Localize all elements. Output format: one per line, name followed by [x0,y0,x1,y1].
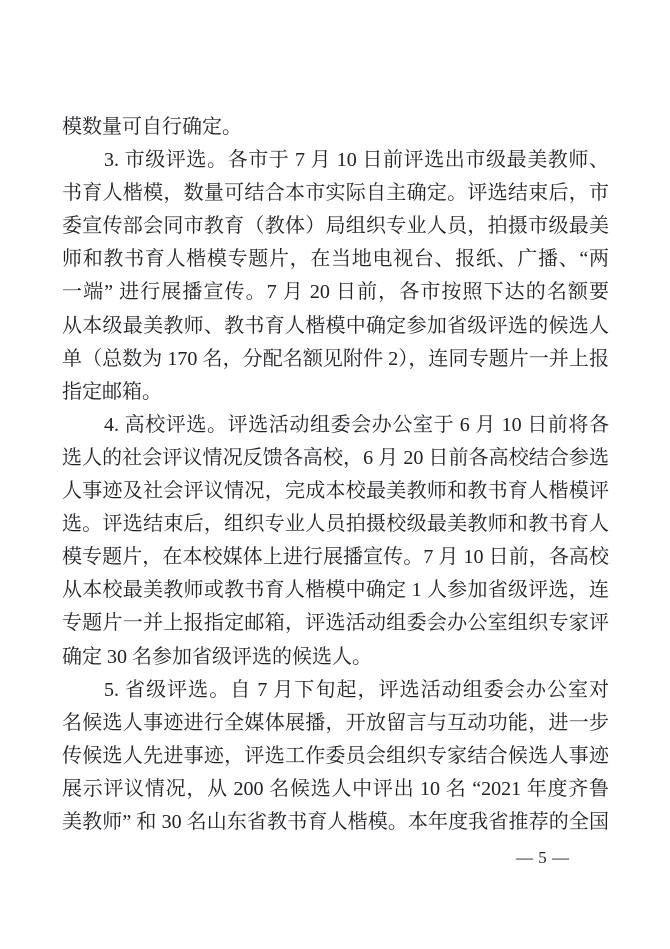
paragraph-province-level-selection: 5. 省级评选。自 7 月下旬起，评选活动组委会办公室对 200 名候选人事迹进… [62,674,609,839]
text-line: 师和教书育人楷模专题片，在当地电视台、报纸、广播、“两微 [62,243,609,276]
text-line: 模专题片，在本校媒体上进行展播宣传。7 月 10 日前，各高校 [62,541,609,574]
text-line: 单（总数为 170 名，分配名额见附件 2），连同专题片一并上报 [62,343,609,376]
text-line: 书育人楷模，数量可结合本市实际自主确定。评选结束后，市党 [62,177,609,210]
text-line: 确定 30 名参加省级评选的候选人。 [62,641,609,674]
paragraph-city-level-selection: 3. 市级评选。各市于 7 月 10 日前评选出市级最美教师、教 书育人楷模，数… [62,144,609,409]
text-line: 选人的社会评议情况反馈各高校，6 月 20 日前各高校结合参选 [62,442,609,475]
paragraph-university-level-selection: 4. 高校评选。评选活动组委会办公室于 6 月 10 日前将各参 选人的社会评议… [62,409,609,674]
text-line: 专题片一并上报指定邮箱，评选活动组委会办公室组织专家评议 [62,607,609,640]
document-page: 模数量可自行确定。 3. 市级评选。各市于 7 月 10 日前评选出市级最美教师… [0,0,670,949]
text-line: 4. 高校评选。评选活动组委会办公室于 6 月 10 日前将各参 [62,409,609,442]
text-line: 5. 省级评选。自 7 月下旬起，评选活动组委会办公室对 200 [62,674,609,707]
paragraph-continuation: 模数量可自行确定。 [62,111,609,144]
text-line: 从本级最美教师、教书育人楷模中确定参加省级评选的候选人名 [62,310,609,343]
text-line: 模数量可自行确定。 [62,111,609,144]
text-line: 指定邮箱。 [62,376,609,409]
document-body: 模数量可自行确定。 3. 市级评选。各市于 7 月 10 日前评选出市级最美教师… [62,111,609,839]
text-line: 传候选人先进事迹，评选工作委员会组织专家结合候选人事迹及 [62,740,609,773]
text-line: 名候选人事迹进行全媒体展播，开放留言与互动功能，进一步宣 [62,707,609,740]
page-number: — 5 — [516,846,586,870]
text-line: 展示评议情况，从 200 名候选人中评出 10 名 “2021 年度齐鲁最 [62,773,609,806]
text-line: 一端” 进行展播宣传。7 月 20 日前，各市按照下达的名额要求， [62,276,609,309]
text-line: 美教师” 和 30 名山东省教书育人楷模。本年度我省推荐的全国 [62,806,609,839]
text-line: 委宣传部会同市教育（教体）局组织专业人员，拍摄市级最美教 [62,210,609,243]
text-line: 选。评选结束后，组织专业人员拍摄校级最美教师和教书育人楷 [62,508,609,541]
text-line: 3. 市级评选。各市于 7 月 10 日前评选出市级最美教师、教 [62,144,609,177]
text-line: 人事迹及社会评议情况，完成本校最美教师和教书育人楷模评 [62,475,609,508]
text-line: 从本校最美教师或教书育人楷模中确定 1 人参加省级评选，连同 [62,574,609,607]
